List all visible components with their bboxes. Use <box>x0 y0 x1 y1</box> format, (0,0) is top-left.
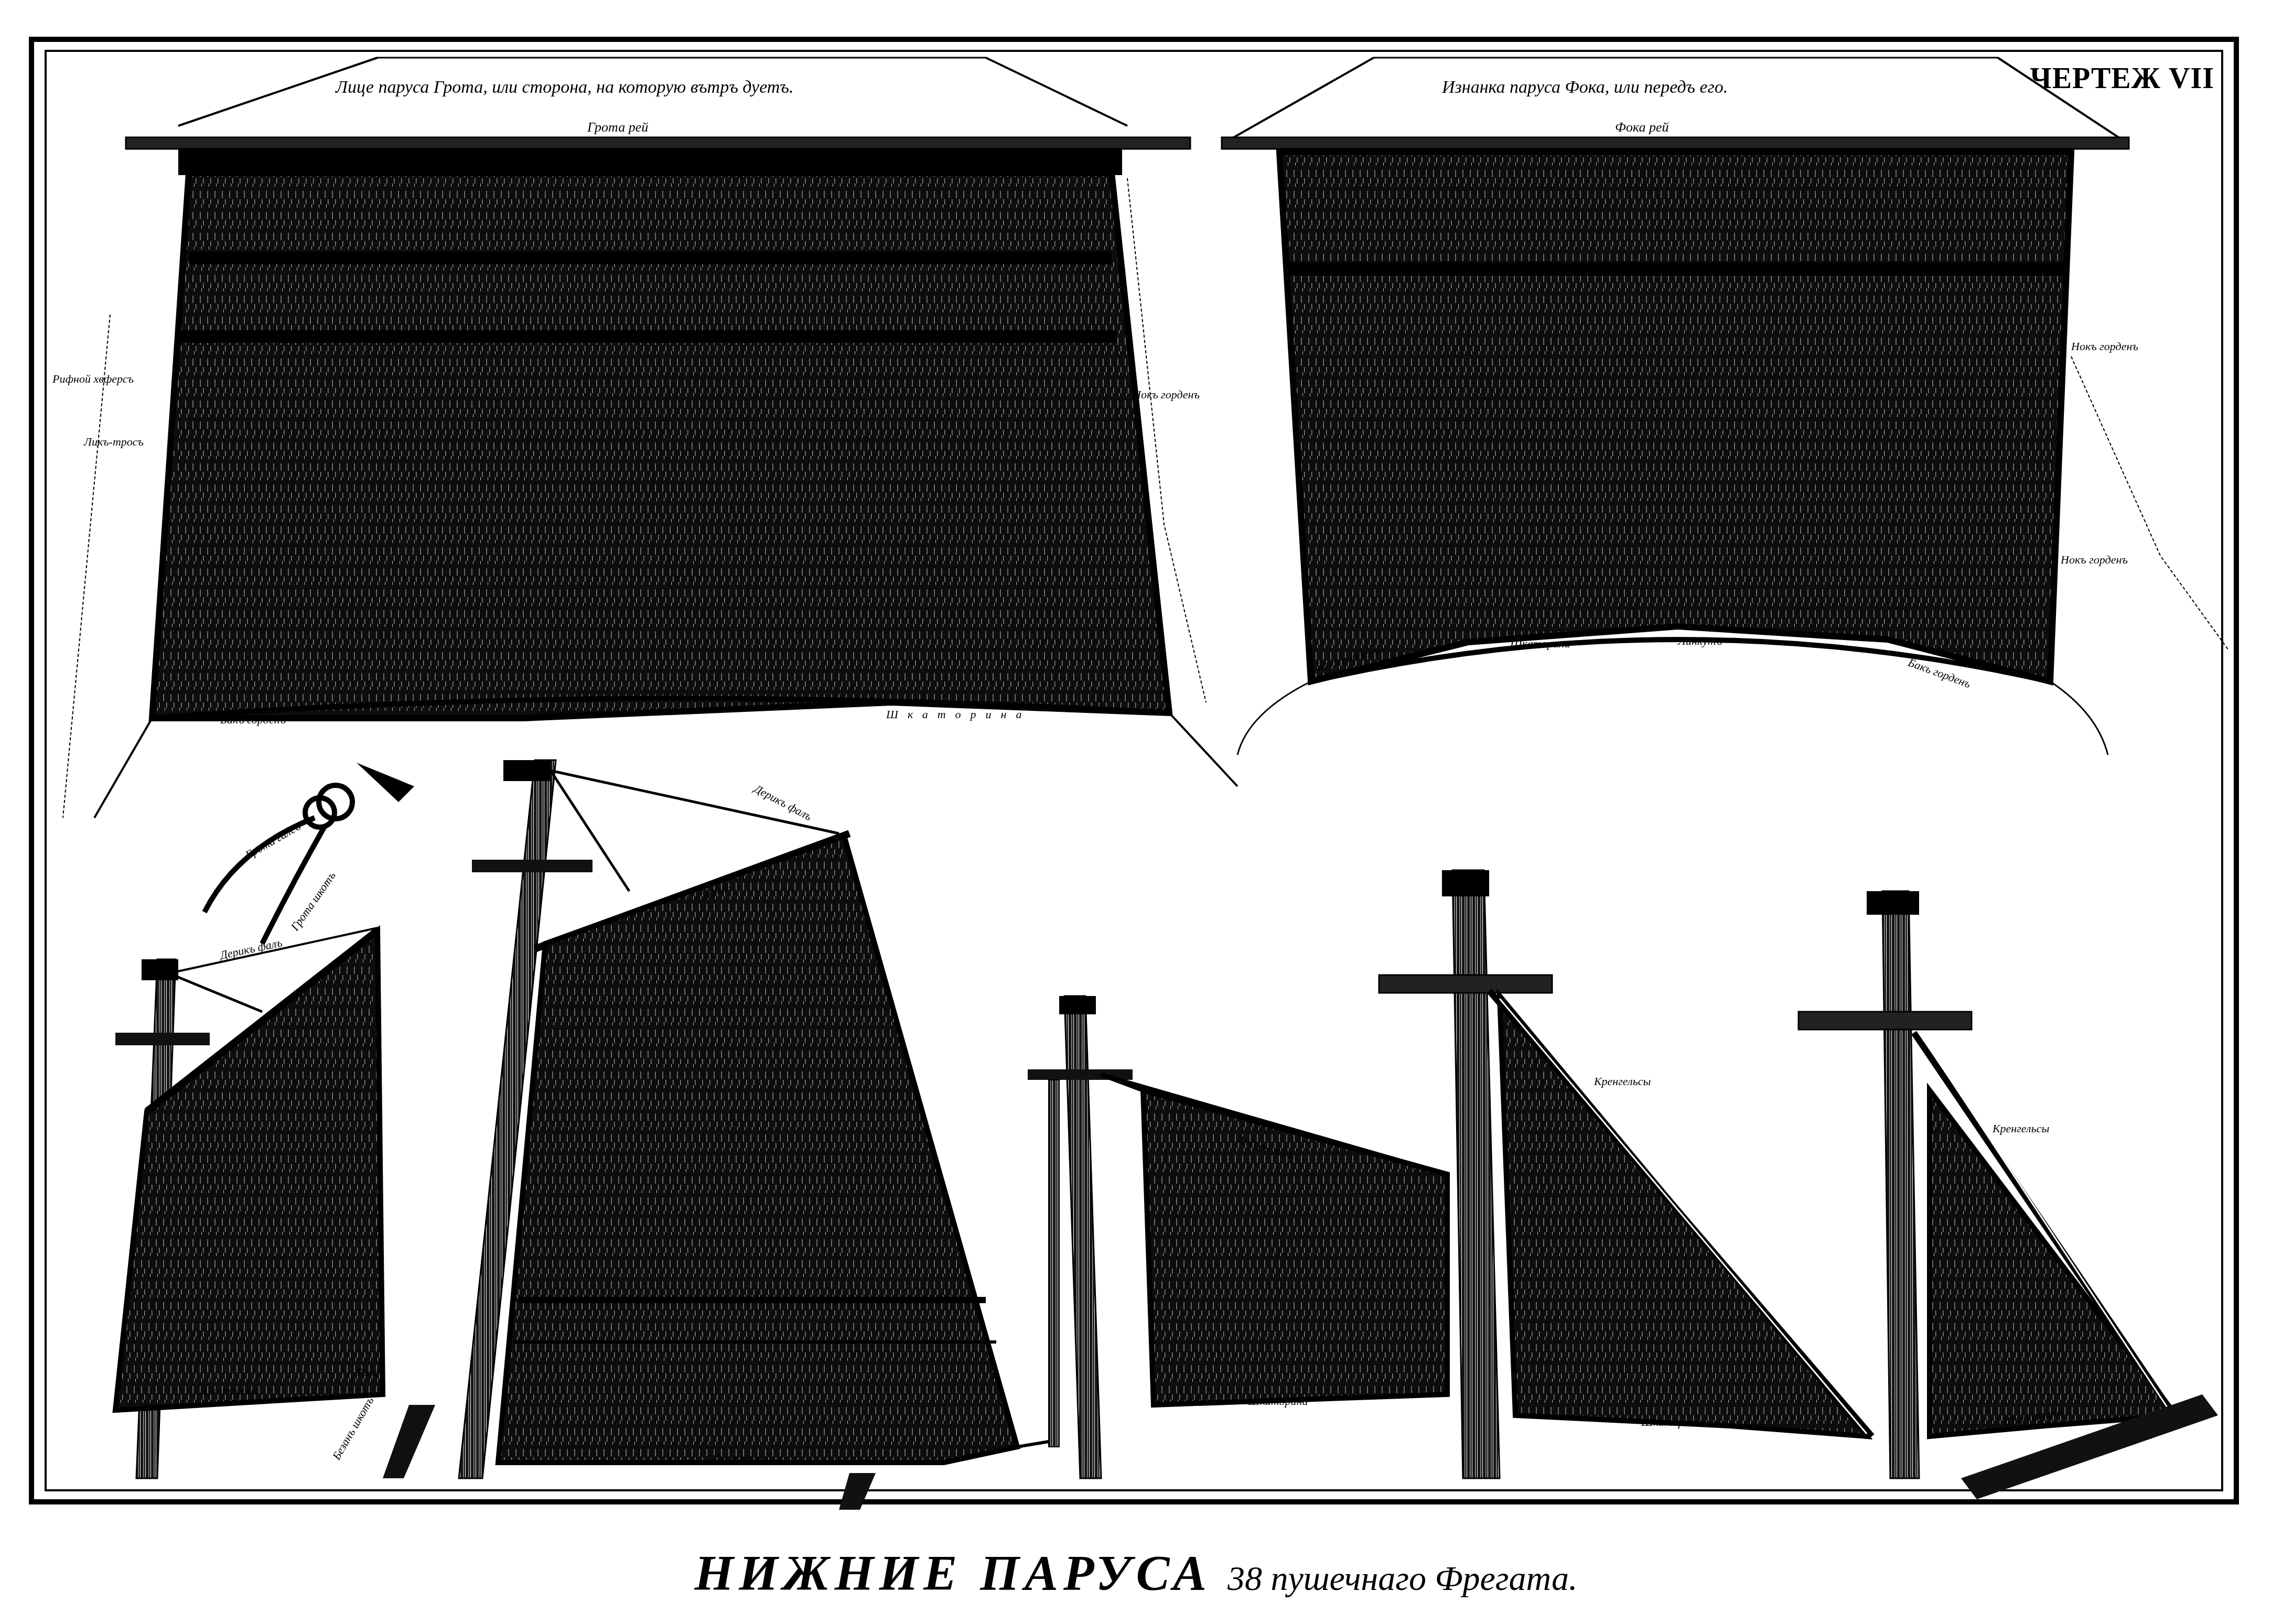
main-staysail-cringle-label: Кренгельсы <box>1594 1075 1651 1088</box>
fore-yard-label: Фока рей <box>1615 120 1668 135</box>
mizzen-raks-label: Раксъ <box>357 1366 385 1379</box>
main-yard-label: Грота рей <box>587 120 648 135</box>
mizzen-staysail-figure <box>1028 996 1447 1478</box>
main-sail-figure <box>63 58 1237 818</box>
plate-title-sub: 38 пушечнаго Фрегата. <box>1227 1560 1578 1598</box>
main-boltrope-label: Ликъ-тросъ <box>84 435 144 449</box>
main-foot-label: Шкаторина <box>886 708 1031 721</box>
main-staysail-figure <box>1379 870 1872 1478</box>
main-reef-label: Рифной хвферсъ <box>52 372 134 386</box>
spanker-foot-label: Шкаторина <box>708 1452 768 1466</box>
engraving-plate <box>0 0 2272 1624</box>
fore-sail-caption: Изнанка паруса Фока, или передъ его. <box>1442 78 1728 98</box>
main-sail-caption: Лице паруса Грота, или сторона, на котор… <box>336 78 794 98</box>
main-staysail-foot-label: Шкаторина <box>1641 1415 1702 1429</box>
fore-linkut-label: Линкутъ <box>1678 634 1722 648</box>
mizzen-staysail-foot-label: Шкаторина <box>1248 1394 1308 1408</box>
plate-title-main: НИЖНИЕ ПАРУСА <box>694 1545 1212 1601</box>
plate-title: НИЖНИЕ ПАРУСА38 пушечнаго Фрегата. <box>0 1544 2272 1602</box>
fore-yard <box>1222 137 2129 149</box>
plate-number: ЧЕРТЕЖ VII <box>2030 62 2214 95</box>
fore-leechline-label: Нокъ горденъ <box>2071 340 2138 353</box>
main-leechline-label: Нокъ горденъ <box>1133 388 1200 402</box>
main-linkut-label: Линкутъ <box>535 705 579 719</box>
fore-staysail-figure <box>1799 891 2218 1499</box>
mizzen-sail-figure <box>115 928 435 1478</box>
main-yard <box>126 137 1190 149</box>
spanker-sail-figure <box>459 760 1049 1510</box>
fore-staysail-cringle-label: Кренгельсы <box>1993 1122 2049 1135</box>
mizzen-foot-label: Шкаторина <box>199 1384 260 1398</box>
fore-leechline-lower-label: Нокъ горденъ <box>2061 553 2128 567</box>
fore-foot-label: Шкаторина <box>1510 637 1570 651</box>
main-buntline-label: Бакъ горденъ <box>220 713 286 727</box>
